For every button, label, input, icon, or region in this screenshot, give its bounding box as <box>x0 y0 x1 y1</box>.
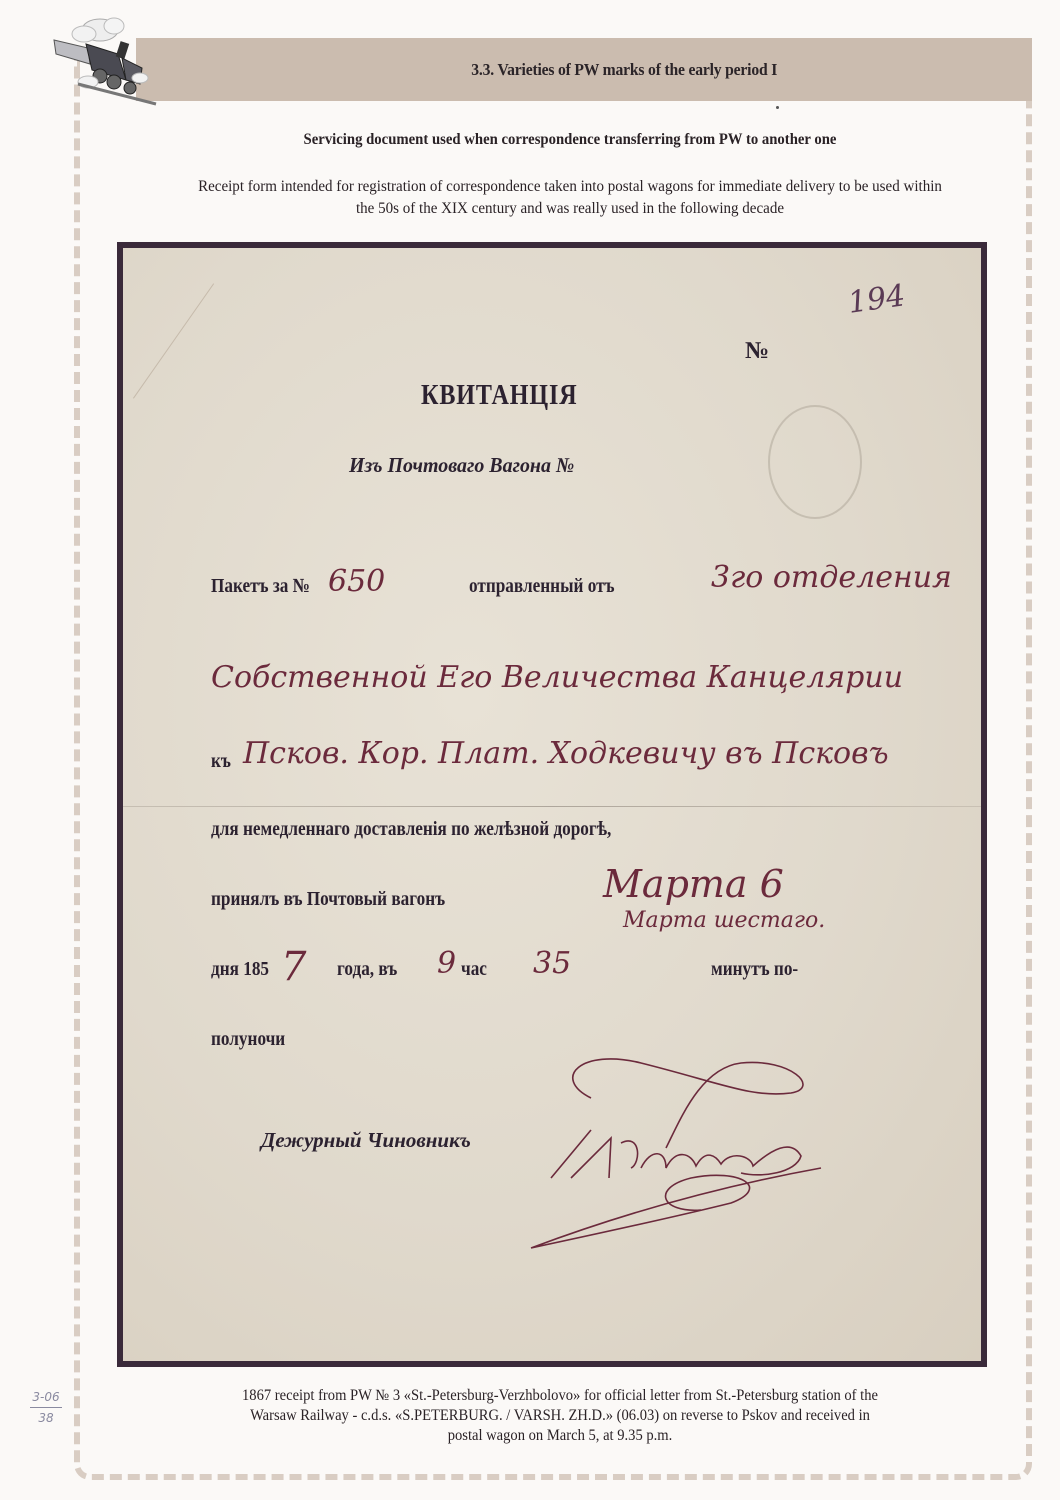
handwritten-recipient: Псков. Кор. Плат. Ходкевичу въ Псковъ <box>243 736 889 771</box>
handwritten-date: Марта 6 <box>603 862 784 906</box>
description: Receipt form intended for registration o… <box>194 176 946 220</box>
receipt-document: 194 № КВИТАНЦІЯ Изъ Почтоваго Вагона № П… <box>123 248 981 1361</box>
form-title: КВИТАНЦІЯ <box>421 380 577 412</box>
official-label: Дежурный Чиновникъ <box>261 1128 471 1153</box>
faint-postmark <box>768 405 862 519</box>
printed-packet-label: Пакетъ за № <box>211 575 310 598</box>
numero-sign: № <box>745 338 769 365</box>
handwritten-date-words: Марта шестаго. <box>623 908 825 933</box>
stray-mark <box>776 106 779 109</box>
page-note-divider <box>30 1407 62 1408</box>
caption-line-3: postal wagon on March 5, at 9.35 p.m. <box>156 1426 964 1446</box>
page-note-bottom: 38 <box>28 1409 64 1427</box>
subtitle: Servicing document used when corresponde… <box>46 131 1060 149</box>
locomotive-icon <box>48 14 160 108</box>
printed-minutes-after: минутъ по- <box>711 958 798 981</box>
handwritten-packet-number: 650 <box>328 564 385 599</box>
paper-crease <box>133 283 214 398</box>
printed-year-at: года, въ <box>337 958 397 981</box>
printed-midnight: полуночи <box>211 1028 285 1051</box>
caption-line-1: 1867 receipt from PW № 3 «St.-Petersburg… <box>156 1386 964 1406</box>
handwritten-sender-2: Собственной Его Величества Канцелярии <box>211 660 903 695</box>
handwritten-minutes: 35 <box>533 946 571 981</box>
pencil-page-note: 3-06 38 <box>28 1388 64 1427</box>
handwritten-sender-1: 3го отделения <box>711 560 952 595</box>
document-frame: 194 № КВИТАНЦІЯ Изъ Почтоваго Вагона № П… <box>117 242 987 1367</box>
page-note-top: 3-06 <box>28 1388 64 1406</box>
printed-hour: час <box>461 958 487 981</box>
signature <box>491 1038 871 1253</box>
handwritten-hour: 9 <box>437 946 456 981</box>
printed-sent-from: отправленный отъ <box>469 575 615 598</box>
caption-line-2: Warsaw Railway - c.d.s. «S.PETERBURG. / … <box>156 1406 964 1426</box>
exhibit-caption: 1867 receipt from PW № 3 «St.-Petersburg… <box>156 1386 964 1446</box>
wagon-line: Изъ Почтоваго Вагона № <box>349 453 574 478</box>
printed-accepted-line: принялъ въ Почтовый вагонъ <box>211 888 445 911</box>
corner-number: 194 <box>846 278 908 321</box>
section-title: 3.3. Varieties of PW marks of the early … <box>471 60 777 80</box>
printed-to: къ <box>211 750 231 773</box>
section-header-band: 3.3. Varieties of PW marks of the early … <box>136 38 1032 101</box>
printed-day-year: дня 185 <box>211 958 269 981</box>
printed-delivery-line: для немедленнаго доставленія по желѣзной… <box>211 818 611 841</box>
handwritten-year-digit: 7 <box>281 944 306 990</box>
paper-fold <box>123 806 981 807</box>
